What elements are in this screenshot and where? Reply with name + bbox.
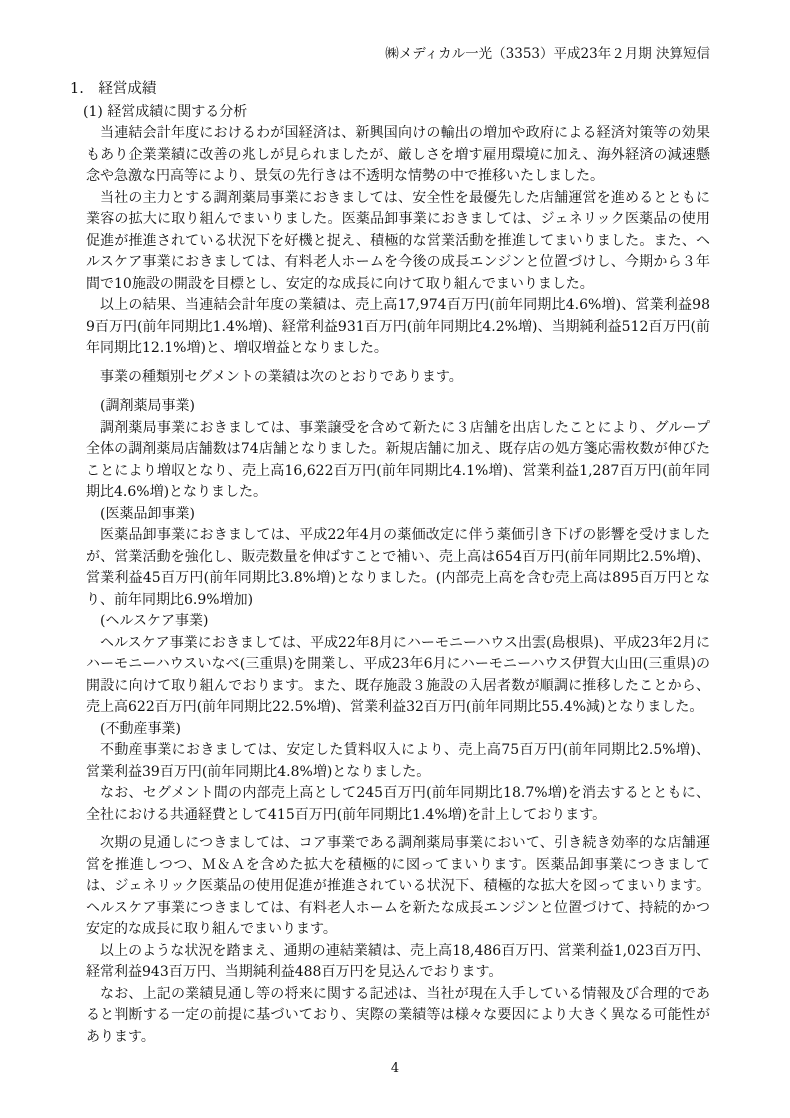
subsection-heading: (1) 経営成績に関する分析 xyxy=(83,101,710,123)
segment-label-realestate: (不動産事業) xyxy=(86,719,710,741)
document-page: ㈱メディカル一光（3353）平成23年２月期 決算短信 1. 経営成績 (1) … xyxy=(0,0,790,1118)
paragraph-forecast-figures: 以上のような状況を踏まえ、通期の連結業績は、売上高18,486百万円、営業利益1… xyxy=(86,941,710,984)
segment-label-wholesale: (医薬品卸事業) xyxy=(86,504,710,526)
paragraph-outlook: 次期の見通しにつきましては、コア事業である調剤薬局事業において、引き続き効率的な… xyxy=(86,833,710,941)
segment-label-pharmacy: (調剤薬局事業) xyxy=(86,396,710,418)
page-number: 4 xyxy=(0,1061,790,1076)
paragraph-business-overview: 当社の主力とする調剤薬局事業におきましては、安全性を最優先した店舗運営を進めると… xyxy=(86,188,710,296)
paragraph-segment-intro: 事業の種類別セグメントの業績は次のとおりであります。 xyxy=(86,367,710,389)
segment-label-healthcare: (ヘルスケア事業) xyxy=(86,611,710,633)
doc-header: ㈱メディカル一光（3353）平成23年２月期 決算短信 xyxy=(70,44,710,64)
paragraph-segment-wholesale: 医薬品卸事業におきましては、平成22年4月の薬価改定に伴う薬価引き下げの影響を受… xyxy=(86,525,710,611)
section-heading: 1. 経営成績 xyxy=(70,78,710,100)
paragraph-consolidated-results: 以上の結果、当連結会計年度の業績は、売上高17,974百万円(前年同期比4.6%… xyxy=(86,295,710,360)
paragraph-segment-elimination: なお、セグメント間の内部売上高として245百万円(前年同期比18.7%増)を消去… xyxy=(86,783,710,826)
paragraph-segment-pharmacy: 調剤薬局事業におきましては、事業譲受を含めて新たに３店舗を出店したことにより、グ… xyxy=(86,418,710,504)
paragraph-forward-looking-disclaimer: なお、上記の業績見通し等の将来に関する記述は、当社が現在入手している情報及び合理… xyxy=(86,984,710,1049)
paragraph-economy-overview: 当連結会計年度におけるわが国経済は、新興国向けの輸出の増加や政府による経済対策等… xyxy=(86,123,710,188)
paragraph-segment-healthcare: ヘルスケア事業におきましては、平成22年8月にハーモニーハウス出雲(島根県)、平… xyxy=(86,633,710,719)
paragraph-segment-realestate: 不動産事業におきましては、安定した賃料収入により、売上高75百万円(前年同期比2… xyxy=(86,740,710,783)
